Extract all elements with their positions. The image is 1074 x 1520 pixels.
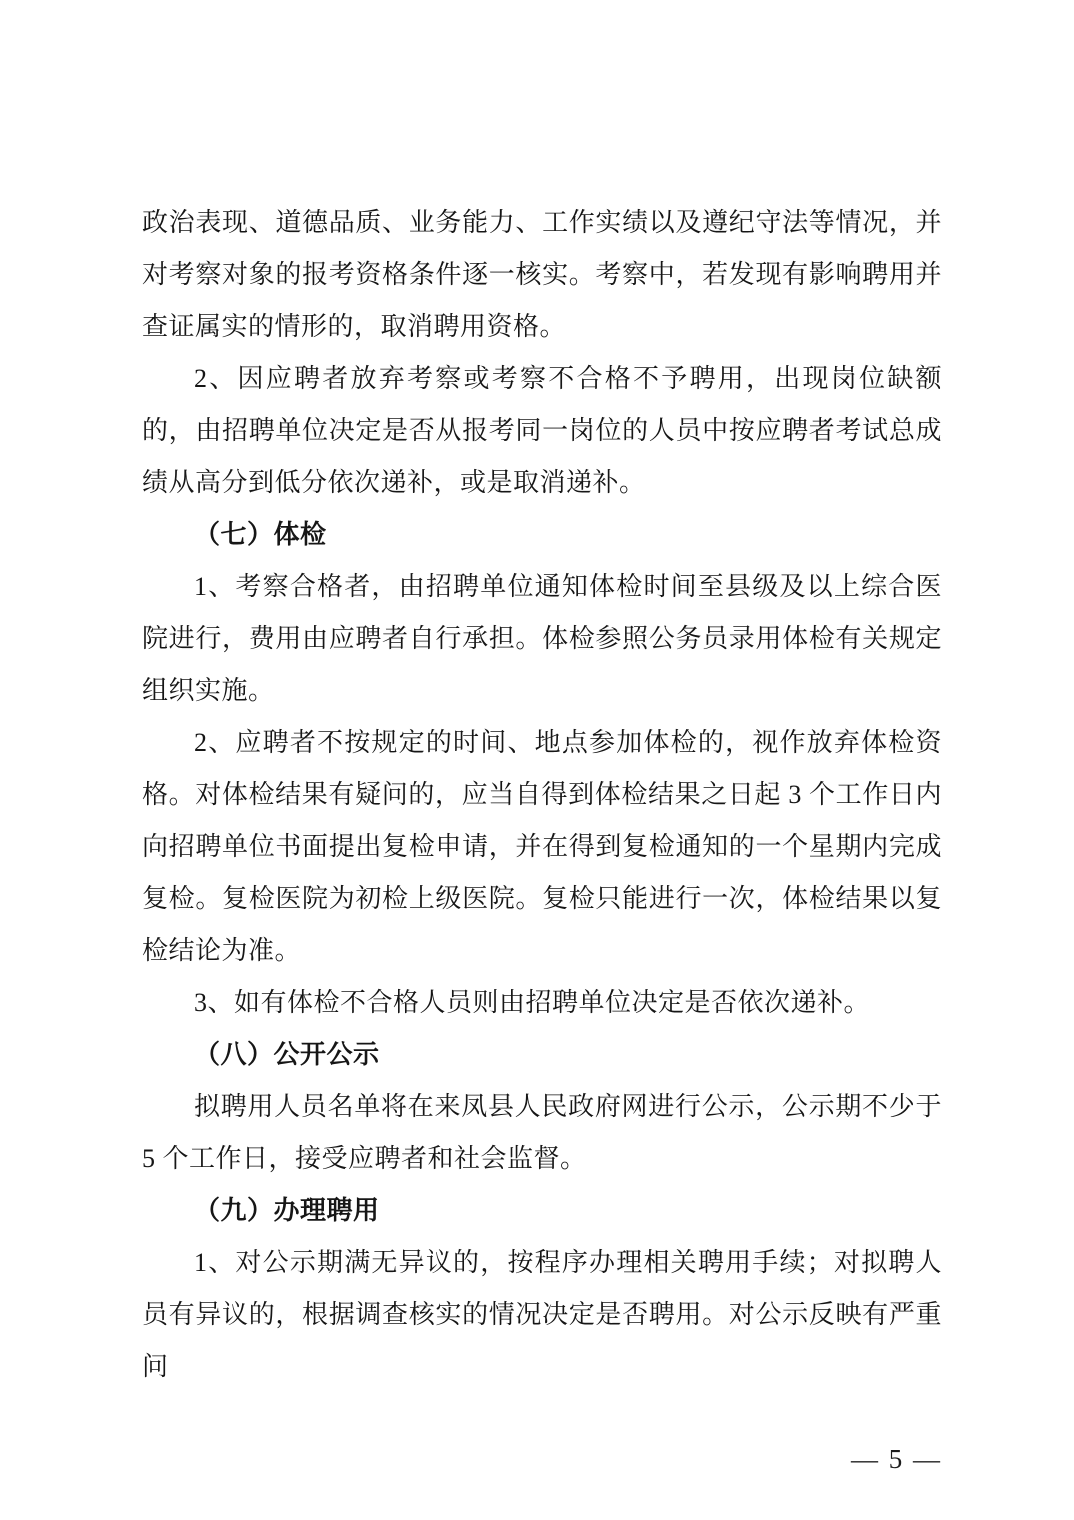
paragraph-public-notice: 拟聘用人员名单将在来凤县人民政府网进行公示，公示期不少于 5 个工作日，接受应聘… xyxy=(142,1081,942,1185)
paragraph-exam-1: 1、考察合格者，由招聘单位通知体检时间至县级及以上综合医院进行，费用由应聘者自行… xyxy=(142,561,942,717)
page-number: — 5 — xyxy=(142,1433,942,1485)
paragraph-hiring-1: 1、对公示期满无异议的，按程序办理相关聘用手续；对拟聘人员有异议的，根据调查核实… xyxy=(142,1237,942,1393)
document-page: 政治表现、道德品质、业务能力、工作实绩以及遵纪守法等情况，并对考察对象的报考资格… xyxy=(0,0,1074,1520)
paragraph-item-2-inspection: 2、因应聘者放弃考察或考察不合格不予聘用，出现岗位缺额的，由招聘单位决定是否从报… xyxy=(142,353,942,509)
paragraph-exam-3: 3、如有体检不合格人员则由招聘单位决定是否依次递补。 xyxy=(142,977,942,1029)
paragraph-continuation: 政治表现、道德品质、业务能力、工作实绩以及遵纪守法等情况，并对考察对象的报考资格… xyxy=(142,197,942,353)
section-heading-8-public-notice: （八）公开公示 xyxy=(142,1029,942,1081)
section-heading-7-physical-exam: （七）体检 xyxy=(142,509,942,561)
section-heading-9-hiring-procedure: （九）办理聘用 xyxy=(142,1185,942,1237)
paragraph-exam-2: 2、应聘者不按规定的时间、地点参加体检的，视作放弃体检资格。对体检结果有疑问的，… xyxy=(142,717,942,977)
